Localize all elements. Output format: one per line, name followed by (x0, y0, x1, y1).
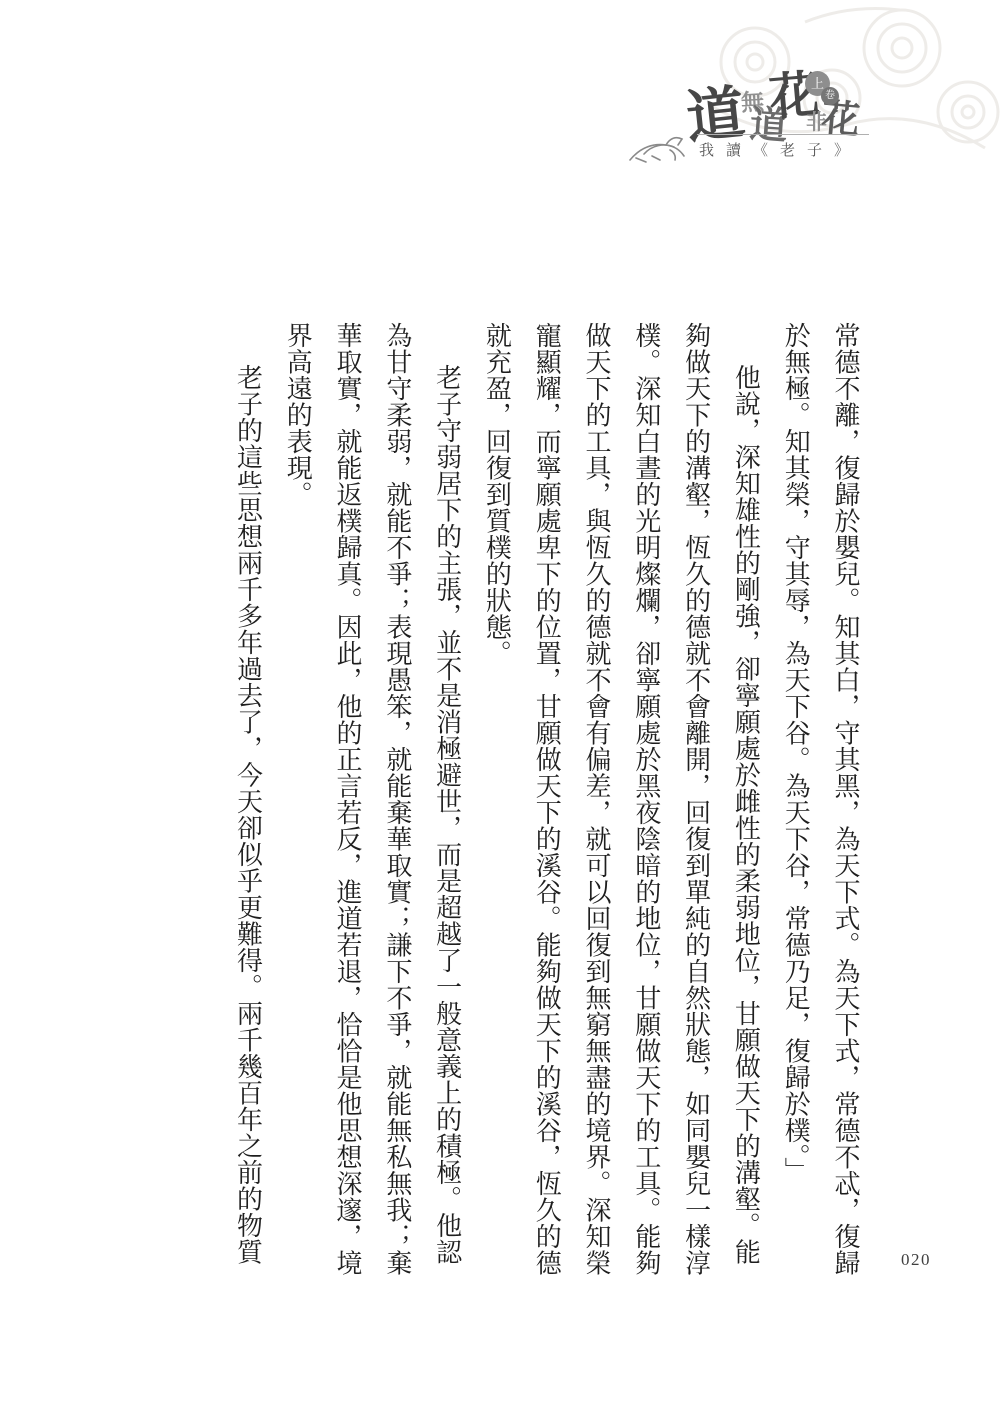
subtitle-rule (697, 134, 869, 135)
bird-icon (626, 132, 688, 170)
paragraph: 老子的這些思想兩千多年過去了，今天卻似乎更難得。兩千幾百年之前的物質 (223, 322, 273, 1284)
volume-badge-sub: 卷 (821, 87, 839, 105)
page-number: 020 (901, 1250, 931, 1270)
paragraph: 老子守弱居下的主張，並不是消極避世，而是超越了一般意義上的積極。他認為甘守柔弱，… (272, 322, 471, 1284)
book-page: 道 無 道 花 非 花 上 卷 我讀《老子》 常德不離，復歸於嬰兒。知其白，守其… (0, 0, 1000, 1419)
paragraph: 他說，深知雄性的剛強，卻寧願處於雌性的柔弱地位，甘願做天下的溝壑。能夠做天下的溝… (472, 322, 771, 1284)
book-subtitle: 我讀《老子》 (699, 139, 861, 160)
body-text: 常德不離，復歸於嬰兒。知其白，守其黑，為天下式。為天下式，常德不忒，復歸於無極。… (220, 322, 870, 1284)
paragraph-quote: 常德不離，復歸於嬰兒。知其白，守其黑，為天下式。為天下式，常德不忒，復歸於無極。… (770, 322, 870, 1284)
